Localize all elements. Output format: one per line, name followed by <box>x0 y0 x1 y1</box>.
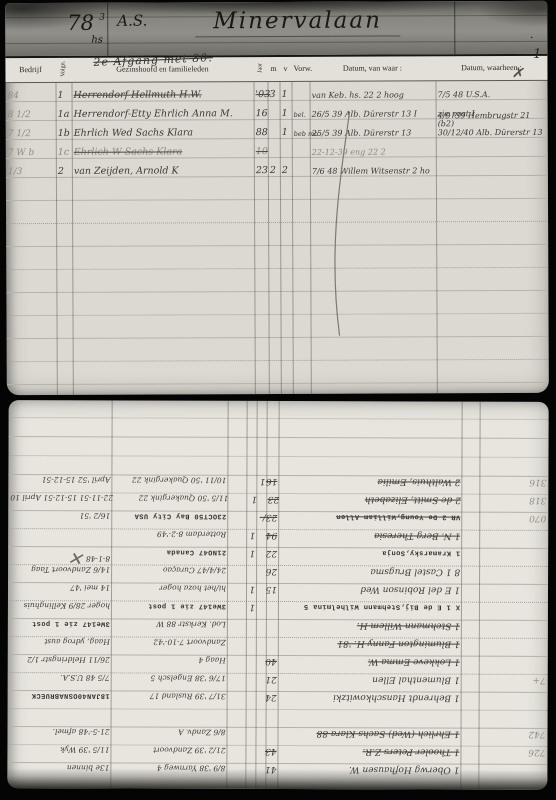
column-rule <box>107 3 108 56</box>
flipped-content: 1 Oberwg Hofhausen W.418/9 '38 Yarnweg 4… <box>7 400 548 790</box>
col-volgnr: Volgn. <box>55 61 71 79</box>
table-body: 1 Oberwg Hofhausen W.418/9 '38 Yarnweg 4… <box>7 400 548 790</box>
column-rule <box>253 82 255 395</box>
column-rule <box>277 400 279 789</box>
house-number: 78 <box>67 11 94 35</box>
column-rule <box>110 400 112 788</box>
column-rule <box>71 83 73 395</box>
column-rules <box>5 81 548 395</box>
street-name: Minervalaan <box>195 7 400 37</box>
col-volgnr-label: Volgn. <box>60 61 66 77</box>
col-jaar: Jaar <box>253 63 267 75</box>
col-datum-van-waar: Datum, van waar : <box>309 64 435 73</box>
column-rule <box>226 400 228 789</box>
column-rule <box>279 82 281 395</box>
corner-mark: 1 <box>533 47 541 62</box>
col-datum-waarheen: Datum, waarheen : <box>435 64 547 73</box>
ink-dot: . <box>530 27 533 42</box>
ledger-line <box>5 41 547 44</box>
card-header-band: 78 3 hs A.S. Minervalaan . <box>5 1 547 56</box>
col-bedrijf: Bedrijf <box>5 66 55 75</box>
col-v: v <box>279 65 291 73</box>
card-bottom-upside-down: 1 Oberwg Hofhausen W.418/9 '38 Yarnweg 4… <box>7 400 548 790</box>
house-number-note: 3 <box>99 13 105 23</box>
column-rule <box>454 1 455 54</box>
house-number-sub: hs <box>91 35 103 46</box>
col-jaar-label: Jaar <box>257 63 263 73</box>
column-rule <box>55 83 57 395</box>
column-rule <box>245 400 247 789</box>
card-top: 78 3 hs A.S. Minervalaan . 2e Afgang met… <box>5 1 549 395</box>
column-rule <box>460 400 462 790</box>
card-edge-shadow <box>7 768 547 790</box>
stray-ink-stroke <box>324 110 359 340</box>
column-rules <box>7 400 548 790</box>
column-rule <box>309 82 311 395</box>
col-m: m <box>267 65 279 73</box>
table-body: 841Herrendorf Hellmuth H.W.'0331van Keb.… <box>5 81 548 395</box>
column-rule <box>435 81 437 395</box>
col-vorw: Vorw. <box>291 65 309 73</box>
table-header: 2e Afgang met 80. 1 ✗ Bedrijf Volgn. Gez… <box>5 54 547 83</box>
column-rule <box>267 82 269 395</box>
column-rule <box>291 82 293 395</box>
scanned-register-page: { "card_top": { "header": { "number": "7… <box>0 0 556 800</box>
district-code: A.S. <box>117 12 147 30</box>
column-rule <box>255 400 257 789</box>
column-rule <box>478 400 480 790</box>
column-rule <box>265 400 267 789</box>
